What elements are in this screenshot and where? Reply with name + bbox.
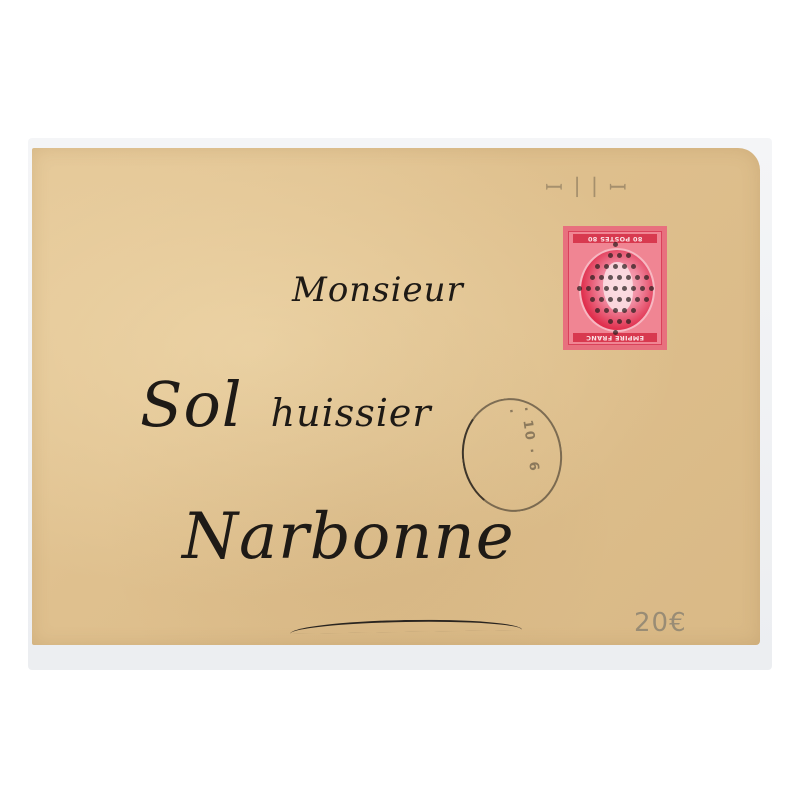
cancel-dot [644, 275, 649, 280]
postmark-text: · 10 · 6 · [503, 406, 543, 481]
cancel-dot [608, 253, 613, 258]
cancel-dot [613, 264, 618, 269]
cancel-dot [613, 330, 618, 335]
cancel-dot [604, 286, 609, 291]
cancel-dot [622, 286, 627, 291]
cancel-dot [631, 286, 636, 291]
cancel-dot [644, 297, 649, 302]
cancel-dot [626, 275, 631, 280]
cancel-dot [626, 297, 631, 302]
cancel-dot [595, 264, 600, 269]
cancel-dot [604, 264, 609, 269]
pencil-price-note: 20€ [634, 608, 687, 638]
cancel-dot [631, 308, 636, 313]
address-name-line: Solhuissier [140, 368, 432, 441]
address-city: Narbonne [182, 500, 515, 574]
cancel-dot [599, 275, 604, 280]
postage-stamp: 80 POSTES 80 EMPIRE FRANC [563, 226, 667, 350]
cancel-dot [613, 242, 618, 247]
cancel-dot [631, 264, 636, 269]
cancel-dot [590, 275, 595, 280]
cancel-dot [626, 319, 631, 324]
cancel-dot [613, 308, 618, 313]
cancel-dot [590, 297, 595, 302]
cancel-dot [608, 275, 613, 280]
cancel-dot [617, 253, 622, 258]
cancel-dot [617, 275, 622, 280]
cancel-dot [608, 297, 613, 302]
faint-handstamp: ꟷ ∣ ∣ ꟷ [545, 172, 629, 202]
cancel-dot [608, 319, 613, 324]
cancel-dot [577, 286, 582, 291]
cancel-dot [595, 286, 600, 291]
cancel-dot [617, 319, 622, 324]
cancel-dot [649, 286, 654, 291]
address-profession: huissier [271, 391, 432, 435]
lozenge-cancellation [563, 226, 667, 350]
cancel-dot [622, 308, 627, 313]
cancel-dot [595, 308, 600, 313]
cancel-dot [604, 308, 609, 313]
cancel-dot [617, 297, 622, 302]
address-salutation: Monsieur [292, 270, 464, 310]
cancel-dot [635, 275, 640, 280]
cancel-dot [613, 286, 618, 291]
cancel-dot [622, 264, 627, 269]
cancel-dot [635, 297, 640, 302]
cancel-dot [586, 286, 591, 291]
cancel-dot [640, 286, 645, 291]
cancel-dot [626, 253, 631, 258]
address-name: Sol [140, 368, 243, 441]
cancel-dot [599, 297, 604, 302]
